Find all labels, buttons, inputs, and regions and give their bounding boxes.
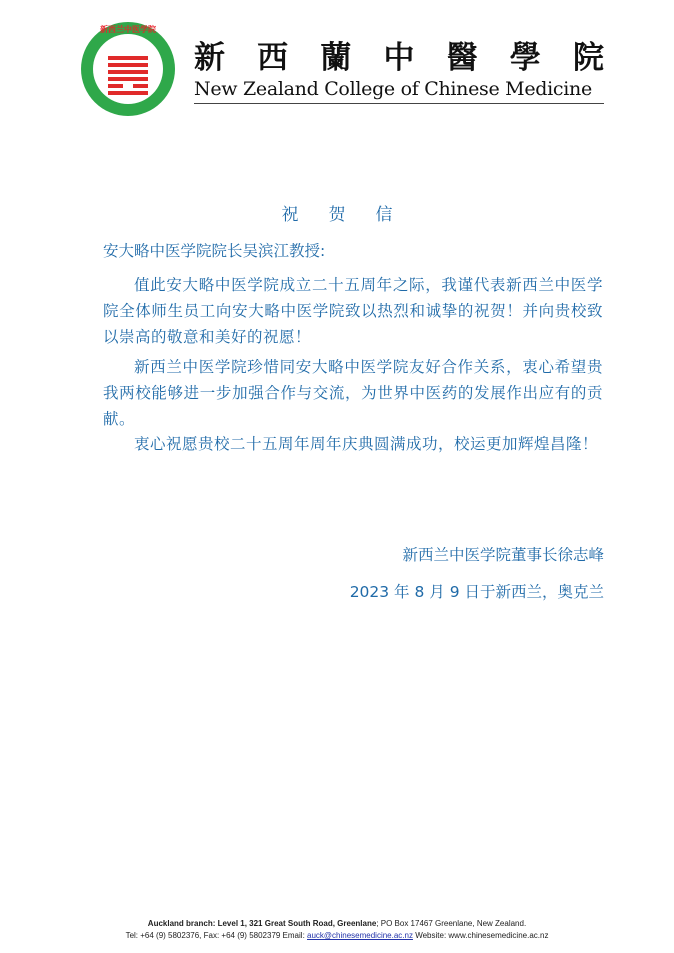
logo-bar <box>108 84 123 88</box>
header-divider <box>194 103 604 104</box>
title-char: 新 <box>194 40 225 76</box>
logo-bar <box>108 77 148 81</box>
logo-bar <box>108 70 148 74</box>
title-char: 院 <box>573 40 604 76</box>
letter-title: 祝贺信 <box>0 200 674 225</box>
paragraph-text: 新西兰中医学院珍惜同安大略中医学院友好合作关系，衷心希望贵我两校能够进一步加强合… <box>103 358 603 428</box>
title-char: 中 <box>383 40 414 76</box>
signature: 新西兰中医学院董事长徐志峰 <box>402 543 604 565</box>
title-char: 西 <box>257 40 288 76</box>
date-place: 2023 年 8 月 9 日于新西兰，奥克兰 <box>350 580 604 602</box>
title-char: 學 <box>510 40 541 76</box>
salutation: 安大略中医学院院长吴滨江教授: <box>103 239 325 261</box>
title-char: 醫 <box>447 40 478 76</box>
college-name-cn: 新 西 蘭 中 醫 學 院 <box>194 40 604 76</box>
paragraph-text: 值此安大略中医学院成立二十五周年之际，我谨代表新西兰中医学院全体师生员工向安大略… <box>103 276 603 346</box>
logo-ring-text: 新西兰中医学院 <box>81 24 175 35</box>
logo-bar <box>108 63 148 67</box>
footer-website: Website: www.chinesemedicine.ac.nz <box>413 931 548 940</box>
paragraph-text: 衷心祝愿贵校二十五周年周年庆典圆满成功，校运更加辉煌昌隆！ <box>134 435 598 453</box>
paragraph-1: 值此安大略中医学院成立二十五周年之际，我谨代表新西兰中医学院全体师生员工向安大略… <box>103 272 603 350</box>
footer-address: Auckland branch: Level 1, 321 Great Sout… <box>0 919 674 928</box>
footer-branch: Auckland branch: Level 1, 321 Great Sout… <box>148 919 377 928</box>
footer-contact: Tel: +64 (9) 5802376, Fax: +64 (9) 58023… <box>0 931 674 940</box>
logo-bar <box>108 91 148 95</box>
logo-bar <box>108 56 148 60</box>
college-logo: 新西兰中医学院 <box>81 22 175 116</box>
paragraph-3: 衷心祝愿贵校二十五周年周年庆典圆满成功，校运更加辉煌昌隆！ <box>103 431 603 457</box>
email-link[interactable]: auck@chinesemedicine.ac.nz <box>307 931 413 940</box>
paragraph-2: 新西兰中医学院珍惜同安大略中医学院友好合作关系，衷心希望贵我两校能够进一步加强合… <box>103 354 603 432</box>
logo-bar <box>133 84 148 88</box>
college-name-en: New Zealand College of Chinese Medicine <box>194 78 592 100</box>
footer-phone: Tel: +64 (9) 5802376, Fax: +64 (9) 58023… <box>126 931 307 940</box>
footer-pobox: ; PO Box 17467 Greenlane, New Zealand. <box>376 919 526 928</box>
title-char: 蘭 <box>320 40 351 76</box>
